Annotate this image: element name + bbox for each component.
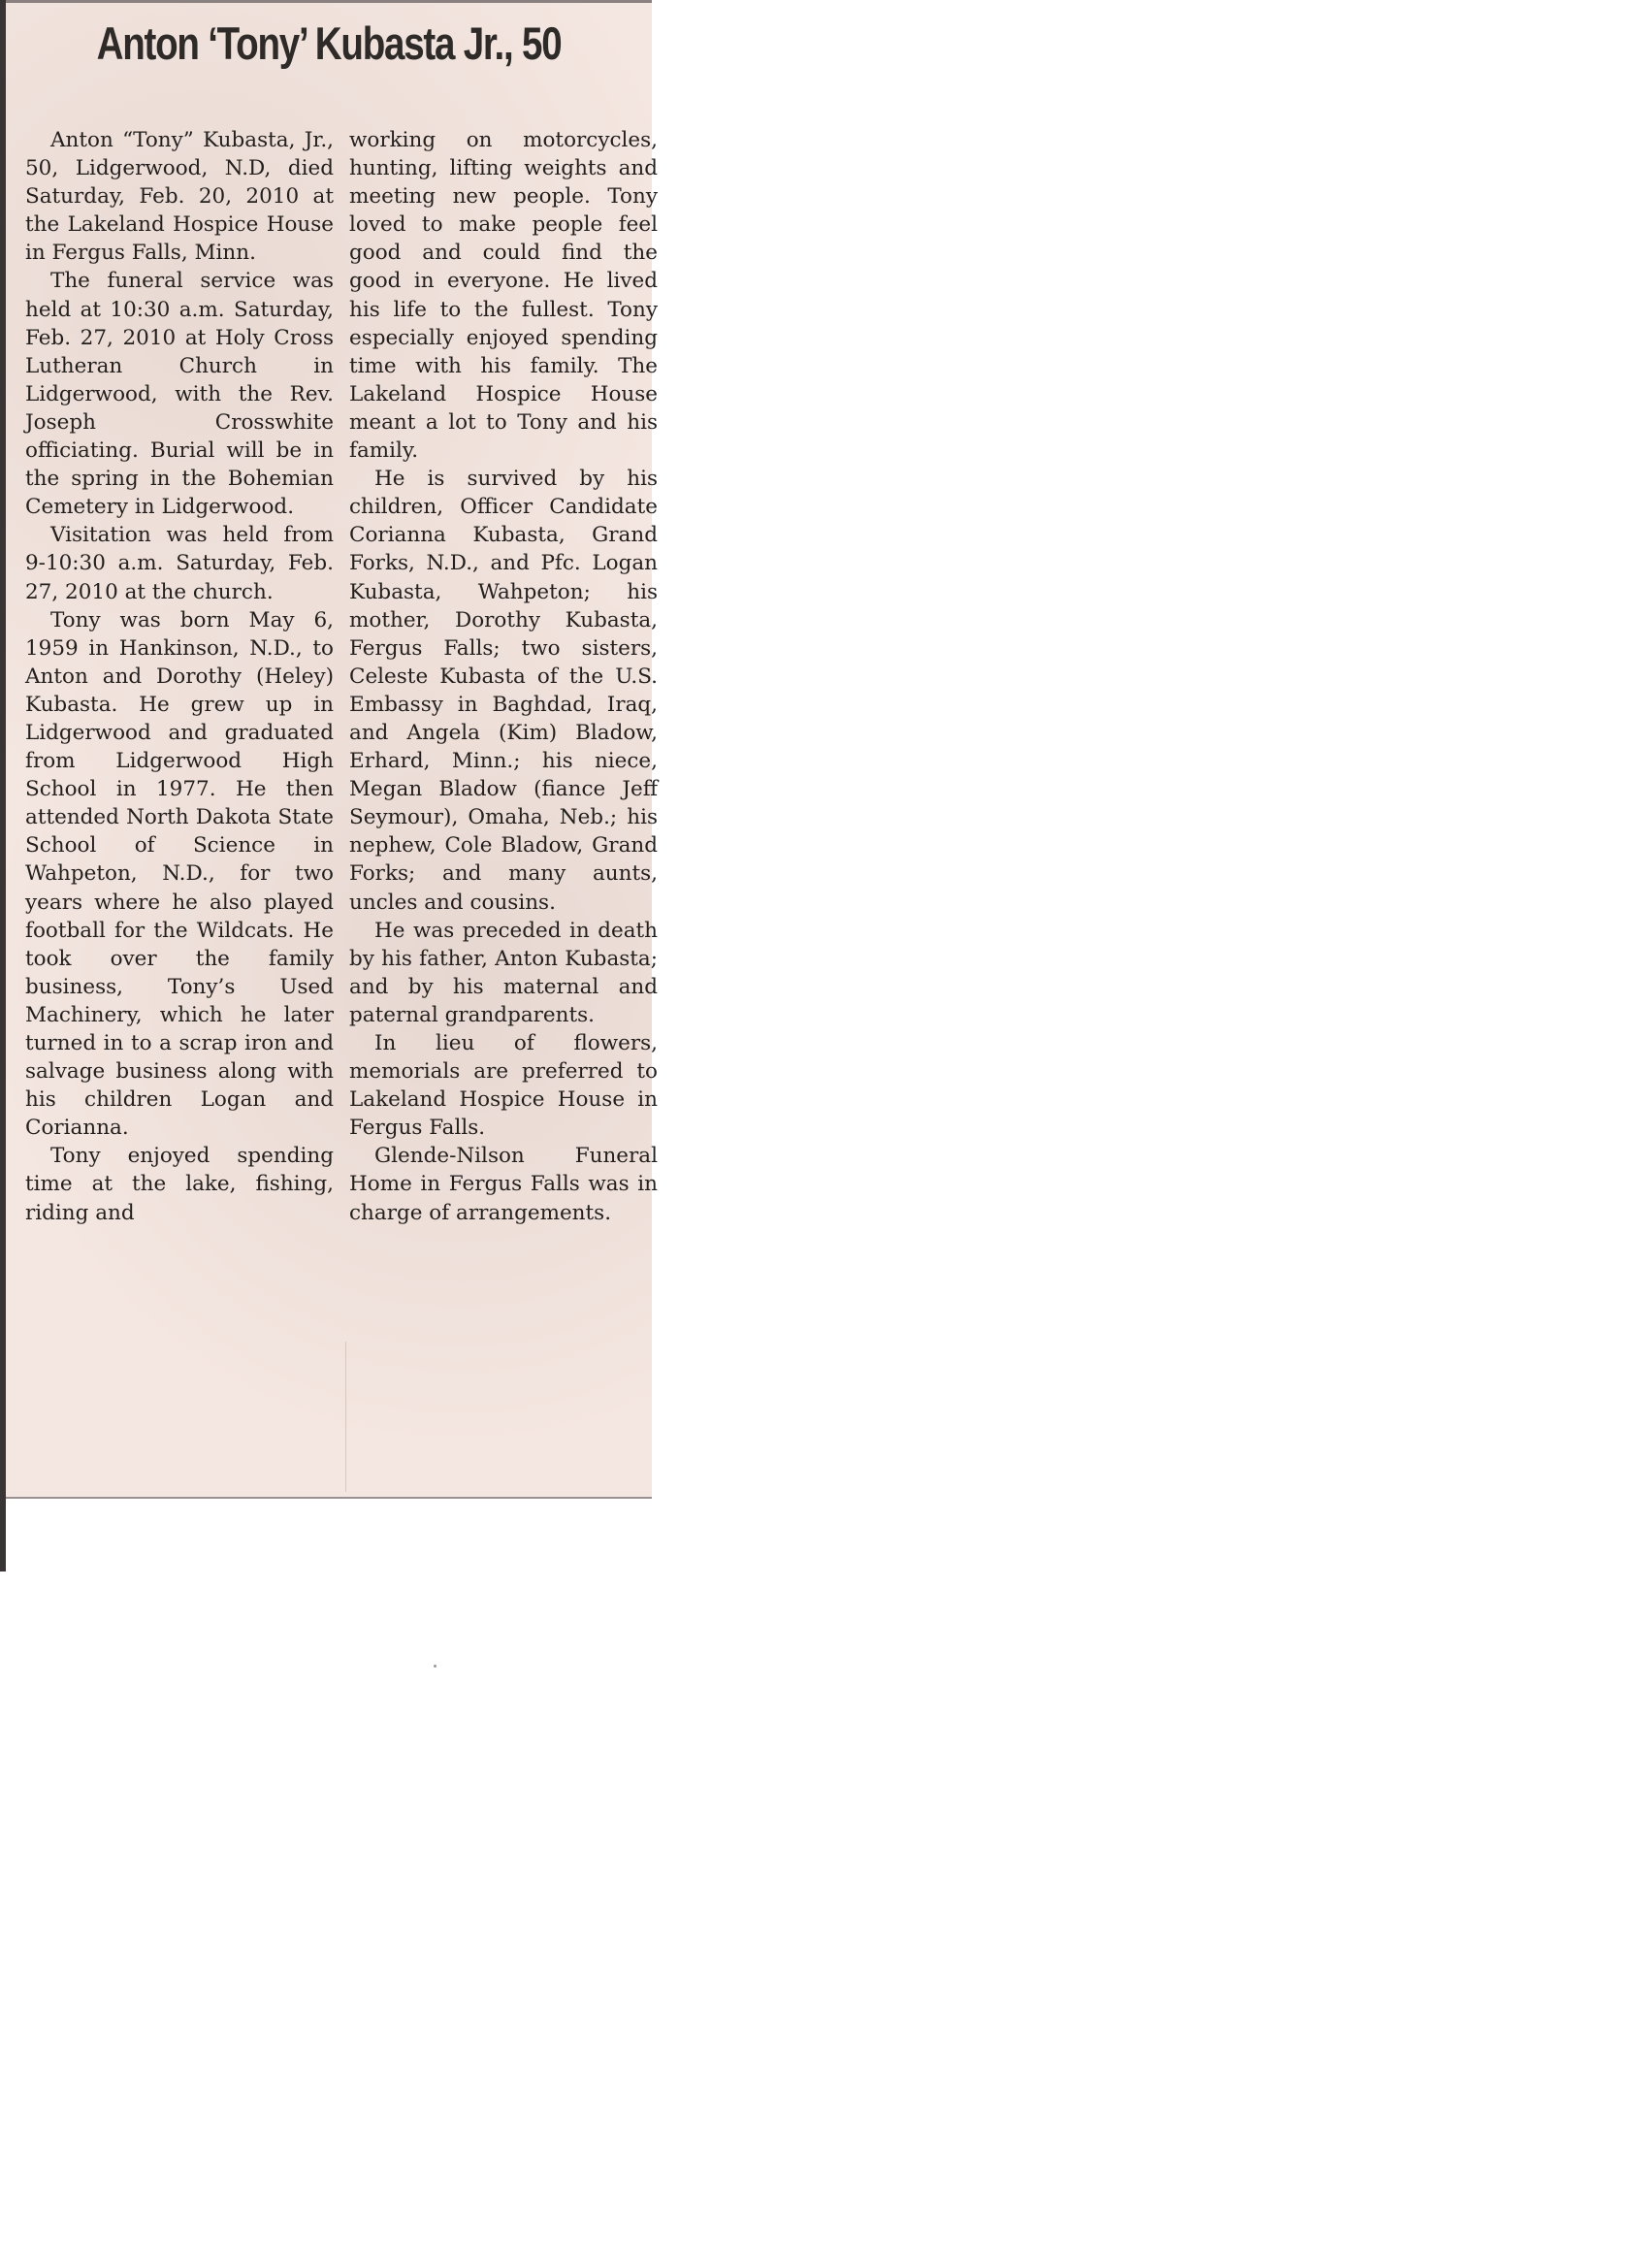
paragraph: Anton “Tony” Kubasta, Jr., 50, Lidgerwoo… [25,126,334,267]
paragraph: Glende-Nilson Funeral Home in Fergus Fal… [349,1142,658,1226]
column-divider [345,1342,346,1492]
paragraph: Tony was born May 6, 1959 in Hankinson, … [25,606,334,1143]
obituary-headline: Anton ‘Tony’ Kubasta Jr., 50 [64,16,594,70]
paragraph: The funeral service was held at 10:30 a.… [25,267,334,521]
paragraph: He was preceded in death by his father, … [349,917,658,1029]
paragraph-continuation: working on motorcycles, hunting, lifting… [349,126,658,465]
paragraph: He is survived by his children, Officer … [349,465,658,917]
newspaper-clipping: Anton ‘Tony’ Kubasta Jr., 50 Anton “Tony… [6,0,652,1499]
scan-speck [434,1665,436,1668]
paragraph: Tony enjoyed spending time at the lake, … [25,1142,334,1226]
paragraph: Visitation was held from 9-10:30 a.m. Sa… [25,521,334,605]
text-column-2: working on motorcycles, hunting, lifting… [349,126,658,1227]
paragraph: In lieu of flowers, memorials are prefer… [349,1029,658,1142]
text-column-1: Anton “Tony” Kubasta, Jr., 50, Lidgerwoo… [25,126,334,1227]
